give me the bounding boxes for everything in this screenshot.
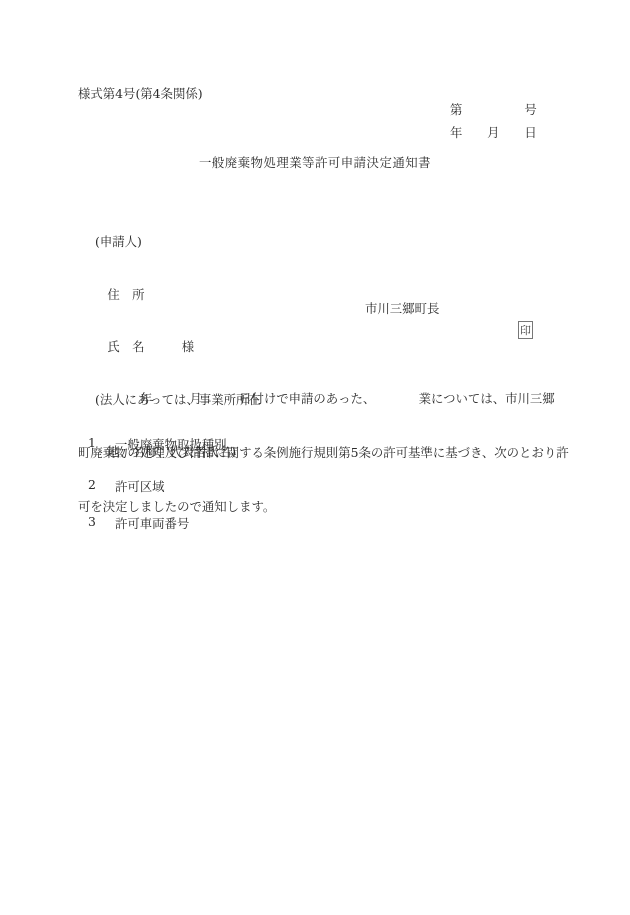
list-item-vehicle-number: 3 許可車両番号 <box>88 514 189 532</box>
seal-stamp-box: 印 <box>518 321 533 339</box>
form-number: 様式第4号(第4条関係) <box>78 86 203 103</box>
date-line: 年 月 日 <box>450 125 537 142</box>
document-title: 一般廃棄物処理業等許可申請決定通知書 <box>0 155 630 172</box>
body-line-1: 年 月 日付けで申請のあった、 業については、市川三郷 <box>78 389 568 410</box>
applicant-name-label: 氏 名 様 <box>95 337 261 356</box>
list-item-label: 許可車両番号 <box>115 514 189 532</box>
applicant-address-label: 住 所 <box>95 285 261 304</box>
list-item-label: 許可区域 <box>115 477 165 495</box>
list-item-number: 1 <box>88 435 115 453</box>
document-number-line: 第 号 <box>450 102 537 119</box>
list-item-waste-type: 1 一般廃棄物取扱種別 <box>88 435 227 453</box>
list-item-number: 2 <box>88 477 115 495</box>
seal-stamp-label: 印 <box>520 322 531 338</box>
list-item-number: 3 <box>88 514 115 532</box>
issuer-mayor: 市川三郷町長 <box>365 301 439 318</box>
list-item-label: 一般廃棄物取扱種別 <box>115 435 227 453</box>
document-page: 様式第4号(第4条関係) 第 号 年 月 日 一般廃棄物処理業等許可申請決定通知… <box>0 0 630 915</box>
applicant-heading: (申請人) <box>95 232 261 251</box>
list-item-permit-area: 2 許可区域 <box>88 477 165 495</box>
